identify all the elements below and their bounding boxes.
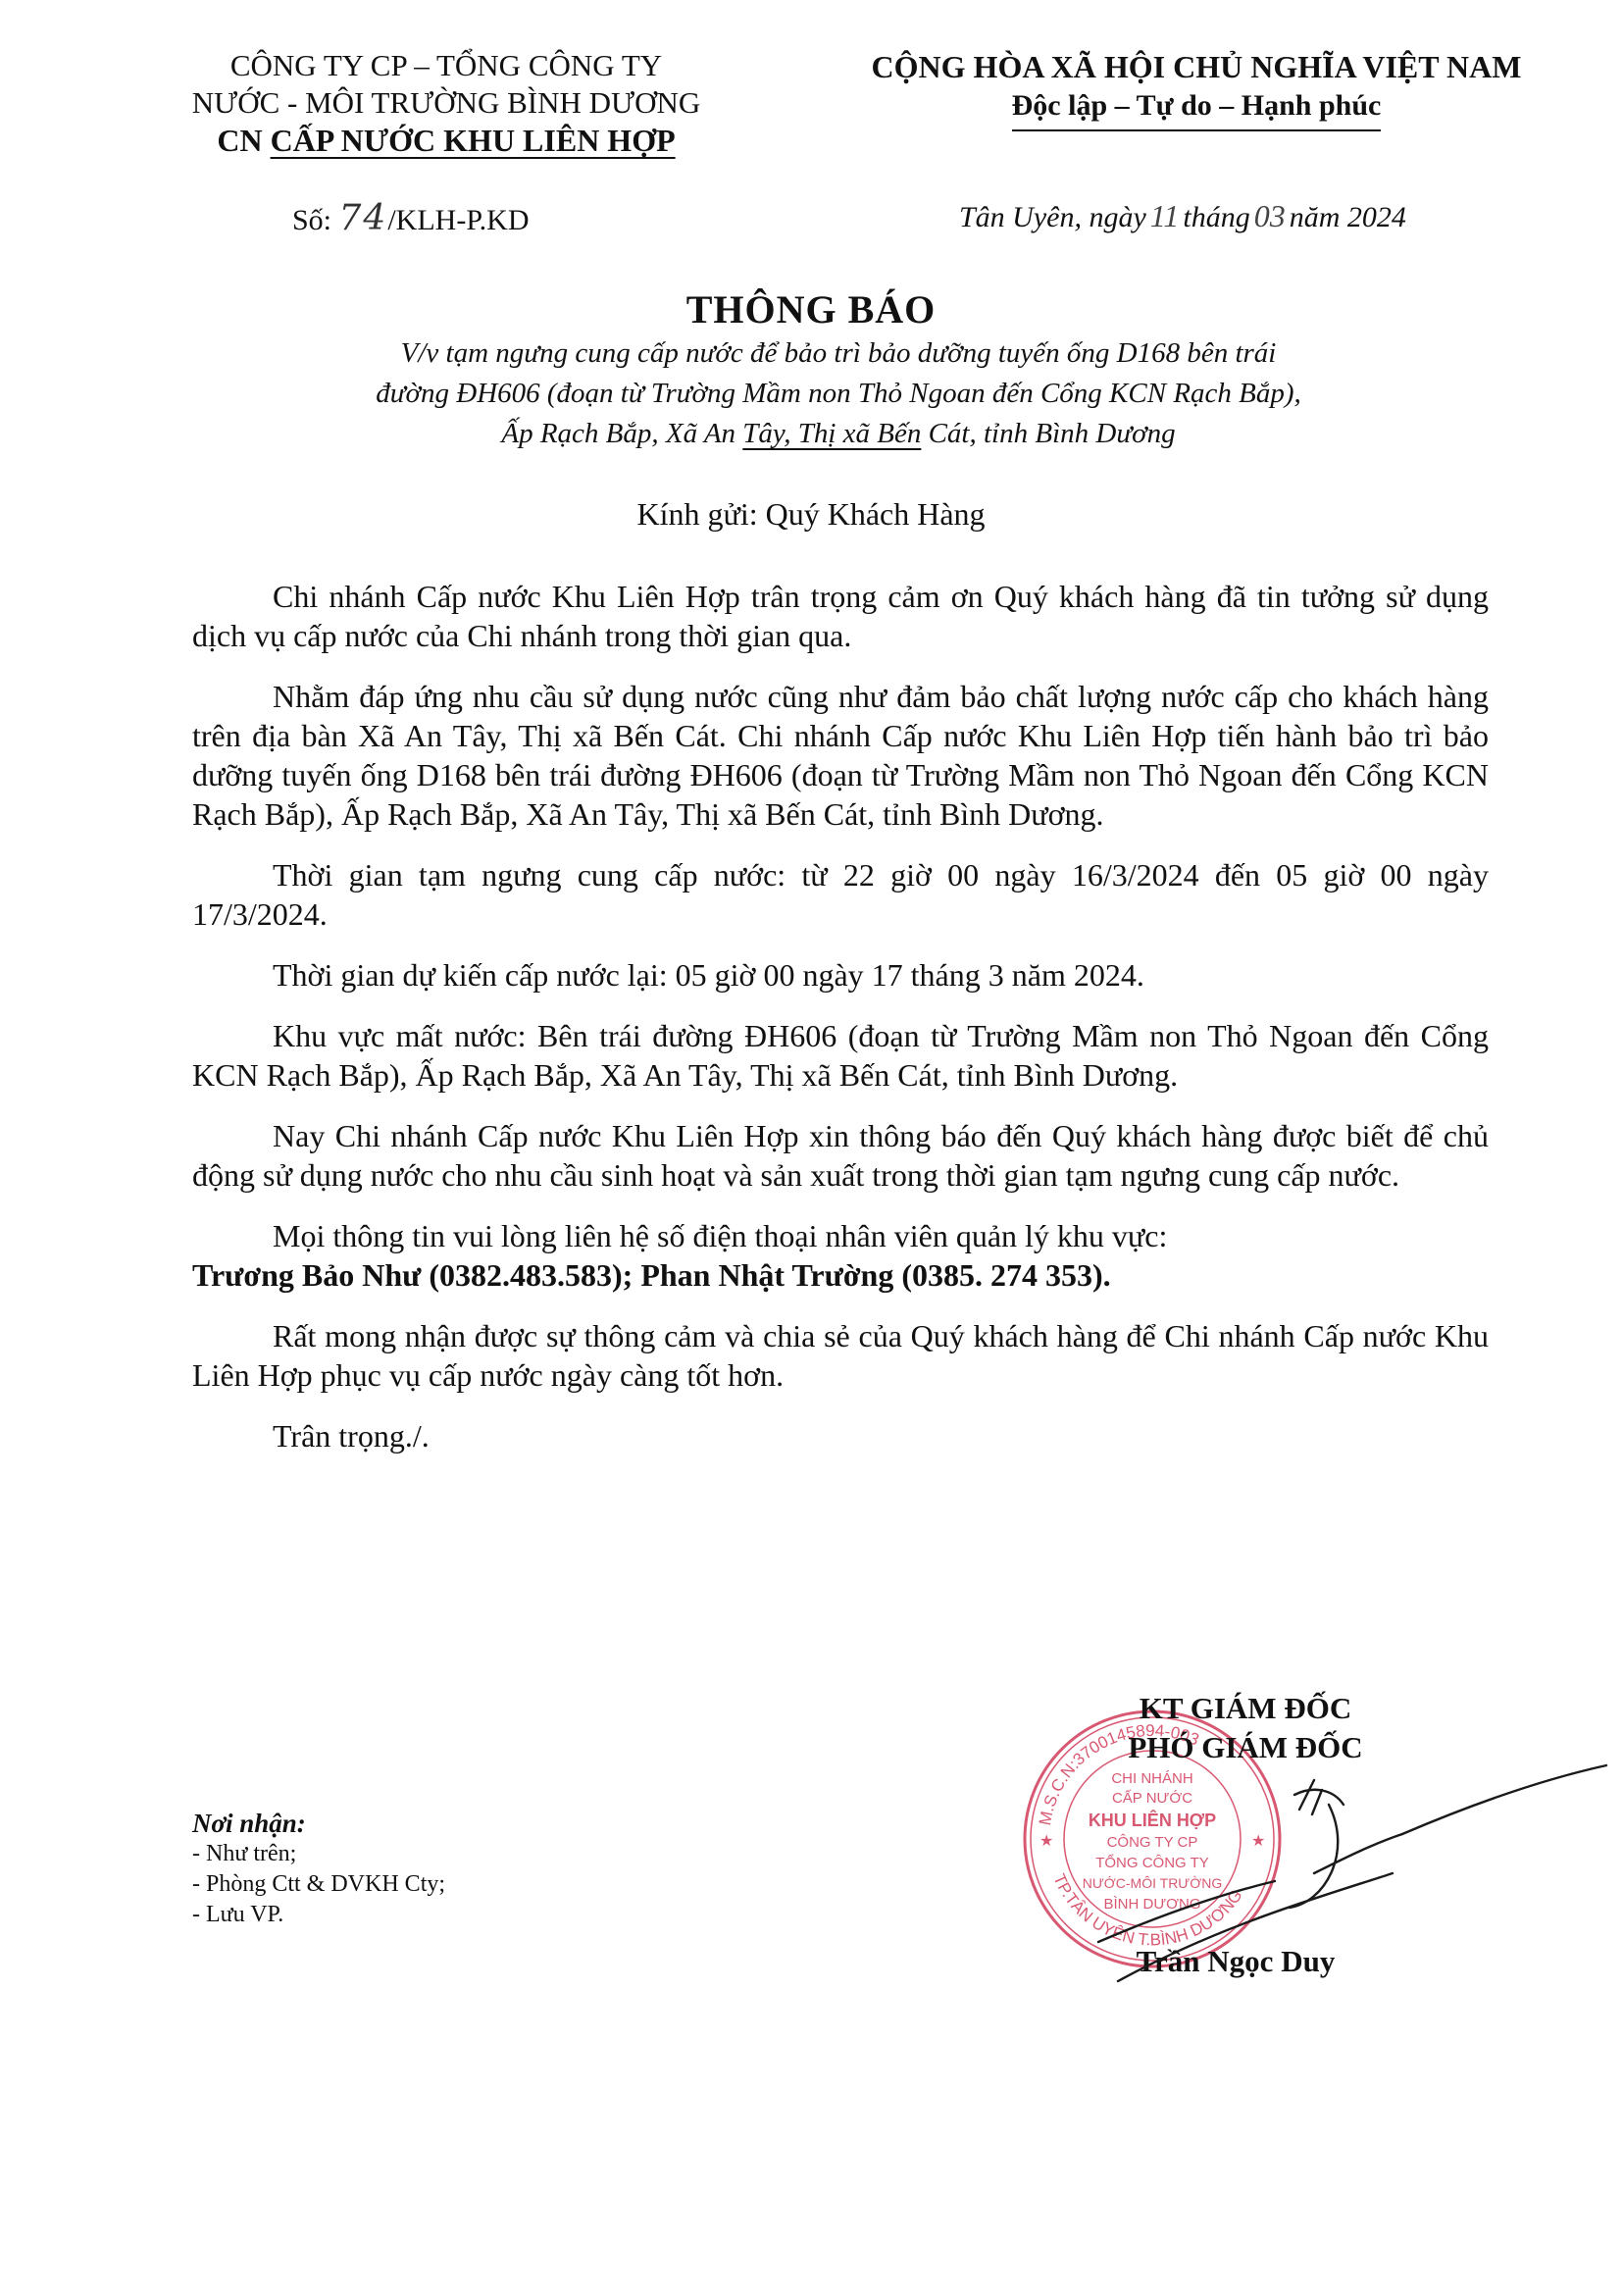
paragraph-closing: Rất mong nhận được sự thông cảm và chia … bbox=[192, 1316, 1489, 1395]
paragraph-thanks: Chi nhánh Cấp nước Khu Liên Hợp trân trọ… bbox=[192, 577, 1489, 655]
issuer-branch: CN CẤP NƯỚC KHU LIÊN HỢP bbox=[167, 122, 726, 159]
issuer-header: CÔNG TY CP – TỔNG CÔNG TY NƯỚC - MÔI TRƯ… bbox=[167, 47, 726, 159]
paragraph-restore-time: Thời gian dự kiến cấp nước lại: 05 giờ 0… bbox=[192, 955, 1489, 995]
handwritten-number: 74 bbox=[339, 198, 388, 238]
recipients: Nơi nhận: - Như trên; - Phòng Ctt & DVKH… bbox=[192, 1809, 445, 1930]
issuer-branch-underlined: CẤP NƯỚC KHU LIÊN HỢP bbox=[271, 123, 676, 158]
issuer-parent-company: CÔNG TY CP – TỔNG CÔNG TY bbox=[167, 47, 726, 84]
handwritten-signature-icon bbox=[1079, 1736, 1608, 1991]
recipient-item: - Như trên; bbox=[192, 1839, 445, 1869]
national-motto: Độc lập – Tự do – Hạnh phúc bbox=[1012, 86, 1382, 131]
paragraph-regards: Trân trọng./. bbox=[192, 1416, 1489, 1455]
contact-names: Trương Bảo Như (0382.483.583); Phan Nhật… bbox=[112, 1255, 1111, 1295]
document-date: Tân Uyên, ngày11tháng03năm 2024 bbox=[959, 198, 1406, 234]
recipient-item: - Phòng Ctt & DVKH Cty; bbox=[192, 1869, 445, 1900]
document-number: Số: 74/KLH-P.KD bbox=[292, 198, 530, 238]
paragraph-contact: Mọi thông tin vui lòng liên hệ số điện t… bbox=[192, 1216, 1489, 1295]
handwritten-month: 03 bbox=[1254, 198, 1286, 233]
document-title: THÔNG BÁO bbox=[0, 286, 1622, 332]
document-subject: V/v tạm ngưng cung cấp nước để bảo trì b… bbox=[294, 333, 1383, 454]
svg-text:★: ★ bbox=[1039, 1833, 1053, 1850]
handwritten-day: 11 bbox=[1150, 198, 1180, 233]
national-header: CỘNG HÒA XÃ HỘI CHỦ NGHĨA VIỆT NAM Độc l… bbox=[775, 47, 1618, 131]
paragraph-purpose: Nhằm đáp ứng nhu cầu sử dụng nước cũng n… bbox=[192, 677, 1489, 834]
issuer-parent-company-2: NƯỚC - MÔI TRƯỜNG BÌNH DƯƠNG bbox=[167, 84, 726, 122]
nation-name: CỘNG HÒA XÃ HỘI CHỦ NGHĨA VIỆT NAM bbox=[775, 47, 1618, 86]
recipients-label: Nơi nhận: bbox=[192, 1809, 445, 1839]
paragraph-outage-time: Thời gian tạm ngưng cung cấp nước: từ 22… bbox=[192, 855, 1489, 934]
notice-body: Chi nhánh Cấp nước Khu Liên Hợp trân trọ… bbox=[192, 577, 1489, 1477]
paragraph-affected-area: Khu vực mất nước: Bên trái đường ĐH606 (… bbox=[192, 1016, 1489, 1095]
paragraph-notice: Nay Chi nhánh Cấp nước Khu Liên Hợp xin … bbox=[192, 1116, 1489, 1195]
recipient-item: - Lưu VP. bbox=[192, 1900, 445, 1930]
greeting: Kính gửi: Quý Khách Hàng bbox=[0, 496, 1622, 533]
